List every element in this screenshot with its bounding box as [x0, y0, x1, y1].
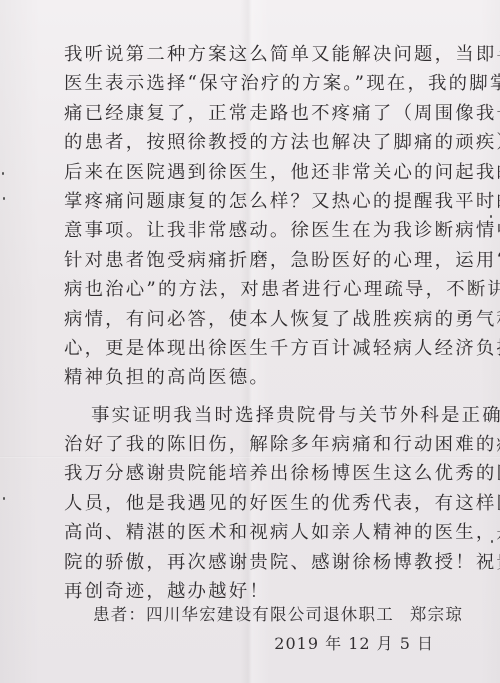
text-line: 后来在医院遇到徐医生，他还非常关心的问起我的脚	[64, 158, 440, 187]
text-line: 我万分感谢贵院能培养出徐杨博医生这么优秀的医务	[64, 459, 440, 488]
signature-organization: 四川华宏建设有限公司退休职工	[146, 605, 394, 624]
text-line: 院的骄傲，再次感谢贵院、感谢徐杨博教授！祝贵院	[64, 548, 440, 577]
punch-mark	[3, 497, 5, 500]
text-line: 事实证明我当时选择贵院骨与关节外科是正确的，	[64, 401, 440, 430]
text-line: 人员，他是我遇见的好医生的优秀代表，有这样医德	[64, 489, 440, 518]
letter-date: 2019 年 12 月 5 日	[274, 631, 434, 654]
text-line: 病也治心”的方法，对患者进行心理疏导，不断讲解	[64, 275, 440, 304]
text-line: 病情，有问必答，使本人恢复了战胜疾病的勇气和信	[64, 305, 440, 334]
text-line: 的患者，按照徐教授的方法也解决了脚痛的顽疾）。	[64, 128, 440, 157]
signature-label: 患者：	[93, 605, 146, 624]
text-line: 心，更是体现出徐医生千方百计减轻病人经济负担和	[64, 334, 440, 363]
punch-mark	[2, 172, 4, 175]
signature-line: 患者：四川华宏建设有限公司退休职工郑宗琼	[93, 601, 463, 625]
punch-mark	[491, 540, 493, 543]
text-line: 掌疼痛问题康复的怎么样？又热心的提醒我平时的注	[64, 187, 440, 216]
text-line: 高尚、精湛的医术和视病人如亲人精神的医生，是贵	[64, 518, 440, 547]
signature-name: 郑宗琼	[410, 605, 463, 624]
text-line: 痛已经康复了，正常走路也不疼痛了（周围像我一样	[64, 99, 440, 128]
text-line: 我听说第二种方案这么简单又能解决问题，当即与徐	[64, 40, 440, 69]
text-line: 治好了我的陈旧伤，解除多年病痛和行动困难的痛苦，	[64, 430, 440, 459]
paragraph-1: 我听说第二种方案这么简单又能解决问题，当即与徐 医生表示选择“保守治疗的方案。”…	[64, 40, 440, 393]
text-line: 医生表示选择“保守治疗的方案。”现在，我的脚掌	[64, 69, 440, 98]
punch-mark	[3, 197, 5, 200]
letter-body: 我听说第二种方案这么简单又能解决问题，当即与徐 医生表示选择“保守治疗的方案。”…	[64, 40, 440, 606]
text-line: 意事项。让我非常感动。徐医生在为我诊断病情中还	[64, 216, 440, 245]
text-line: 精神负担的高尚医德。	[64, 363, 440, 392]
text-line: 针对患者饱受病痛折磨，急盼医好的心理，运用“治	[64, 246, 440, 275]
punch-mark	[490, 215, 492, 218]
paragraph-2: 事实证明我当时选择贵院骨与关节外科是正确的， 治好了我的陈旧伤，解除多年病痛和行…	[64, 401, 440, 607]
